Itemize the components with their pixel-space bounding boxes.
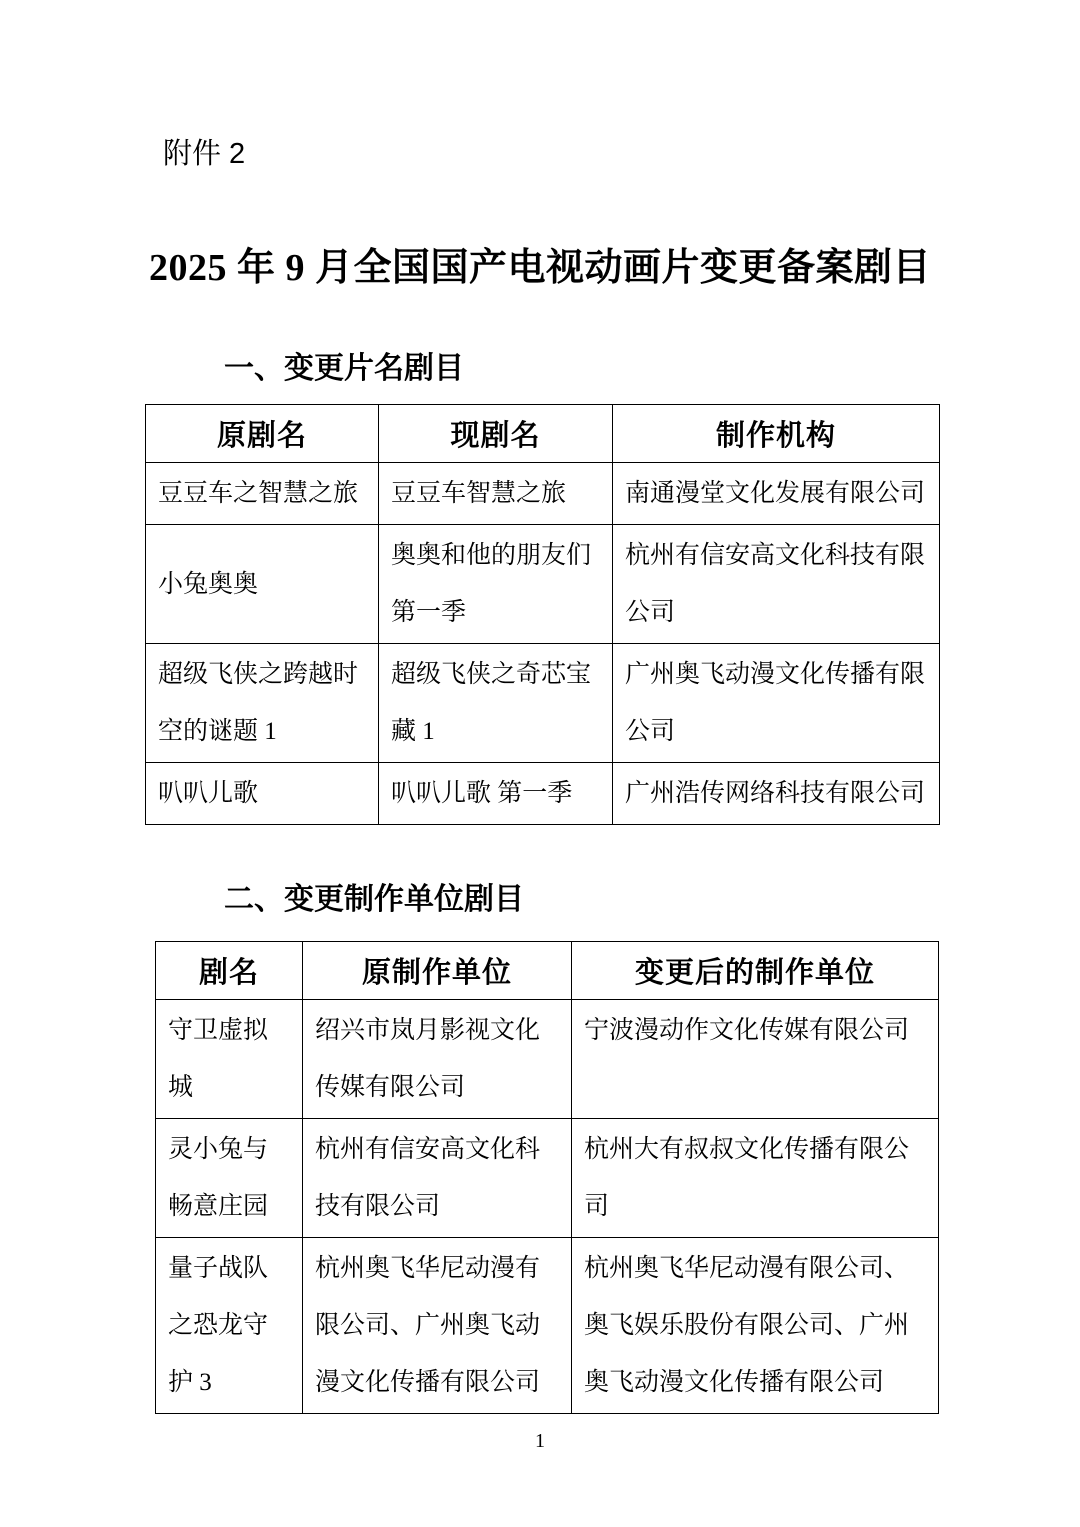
- table-row: 叭叭儿歌 叭叭儿歌 第一季 广州浩传网络科技有限公司: [146, 763, 940, 825]
- table-header-row: 原剧名 现剧名 制作机构: [146, 405, 940, 463]
- column-header-producer: 制作机构: [613, 405, 940, 463]
- table-cell: 杭州奥飞华尼动漫有限公司、广州奥飞动漫文化传播有限公司: [303, 1238, 572, 1414]
- table-cell: 灵小兔与畅意庄园: [156, 1119, 303, 1238]
- column-header-current-title: 现剧名: [379, 405, 613, 463]
- column-header-new-producer: 变更后的制作单位: [572, 942, 939, 1000]
- producer-change-table: 剧名 原制作单位 变更后的制作单位 守卫虚拟城 绍兴市岚月影视文化传媒有限公司 …: [155, 941, 939, 1414]
- table-row: 豆豆车之智慧之旅 豆豆车智慧之旅 南通漫堂文化发展有限公司: [146, 463, 940, 525]
- table-cell: 杭州有信安高文化科技有限公司: [613, 525, 940, 644]
- table-row: 小兔奥奥 奥奥和他的朋友们 第一季 杭州有信安高文化科技有限公司: [146, 525, 940, 644]
- table-cell: 奥奥和他的朋友们 第一季: [379, 525, 613, 644]
- table-cell: 南通漫堂文化发展有限公司: [613, 463, 940, 525]
- table-row: 灵小兔与畅意庄园 杭州有信安高文化科技有限公司 杭州大有叔叔文化传播有限公司: [156, 1119, 939, 1238]
- table-cell: 杭州大有叔叔文化传播有限公司: [572, 1119, 939, 1238]
- attachment-label: 附件 2: [163, 138, 1080, 170]
- table-cell: 广州奥飞动漫文化传播有限公司: [613, 644, 940, 763]
- table-row: 量子战队之恐龙守护 3 杭州奥飞华尼动漫有限公司、广州奥飞动漫文化传播有限公司 …: [156, 1238, 939, 1414]
- table-cell: 杭州有信安高文化科技有限公司: [303, 1119, 572, 1238]
- title-change-table: 原剧名 现剧名 制作机构 豆豆车之智慧之旅 豆豆车智慧之旅 南通漫堂文化发展有限…: [145, 404, 940, 825]
- table-header-row: 剧名 原制作单位 变更后的制作单位: [156, 942, 939, 1000]
- table-cell: 杭州奥飞华尼动漫有限公司、奥飞娱乐股份有限公司、广州奥飞动漫文化传播有限公司: [572, 1238, 939, 1414]
- table-cell: 小兔奥奥: [146, 525, 379, 644]
- column-header-original-title: 原剧名: [146, 405, 379, 463]
- section-heading-producer-change: 二、变更制作单位剧目: [224, 883, 1080, 917]
- table-cell: 绍兴市岚月影视文化传媒有限公司: [303, 1000, 572, 1119]
- table-cell: 豆豆车之智慧之旅: [146, 463, 379, 525]
- table-cell: 叭叭儿歌 第一季: [379, 763, 613, 825]
- table-cell: 超级飞侠之跨越时空的谜题 1: [146, 644, 379, 763]
- table-cell: 宁波漫动作文化传媒有限公司: [572, 1000, 939, 1119]
- document-title: 2025 年 9 月全国国产电视动画片变更备案剧目: [0, 246, 1080, 290]
- table-cell: 广州浩传网络科技有限公司: [613, 763, 940, 825]
- table-cell: 豆豆车智慧之旅: [379, 463, 613, 525]
- table-row: 守卫虚拟城 绍兴市岚月影视文化传媒有限公司 宁波漫动作文化传媒有限公司: [156, 1000, 939, 1119]
- table-cell: 超级飞侠之奇芯宝藏 1: [379, 644, 613, 763]
- column-header-title: 剧名: [156, 942, 303, 1000]
- document-page: 附件 2 2025 年 9 月全国国产电视动画片变更备案剧目 一、变更片名剧目 …: [0, 0, 1080, 1527]
- table-cell: 守卫虚拟城: [156, 1000, 303, 1119]
- section-heading-title-change: 一、变更片名剧目: [224, 352, 1080, 386]
- page-number: 1: [0, 1430, 1080, 1453]
- table-row: 超级飞侠之跨越时空的谜题 1 超级飞侠之奇芯宝藏 1 广州奥飞动漫文化传播有限公…: [146, 644, 940, 763]
- table-cell: 叭叭儿歌: [146, 763, 379, 825]
- table-cell: 量子战队之恐龙守护 3: [156, 1238, 303, 1414]
- column-header-original-producer: 原制作单位: [303, 942, 572, 1000]
